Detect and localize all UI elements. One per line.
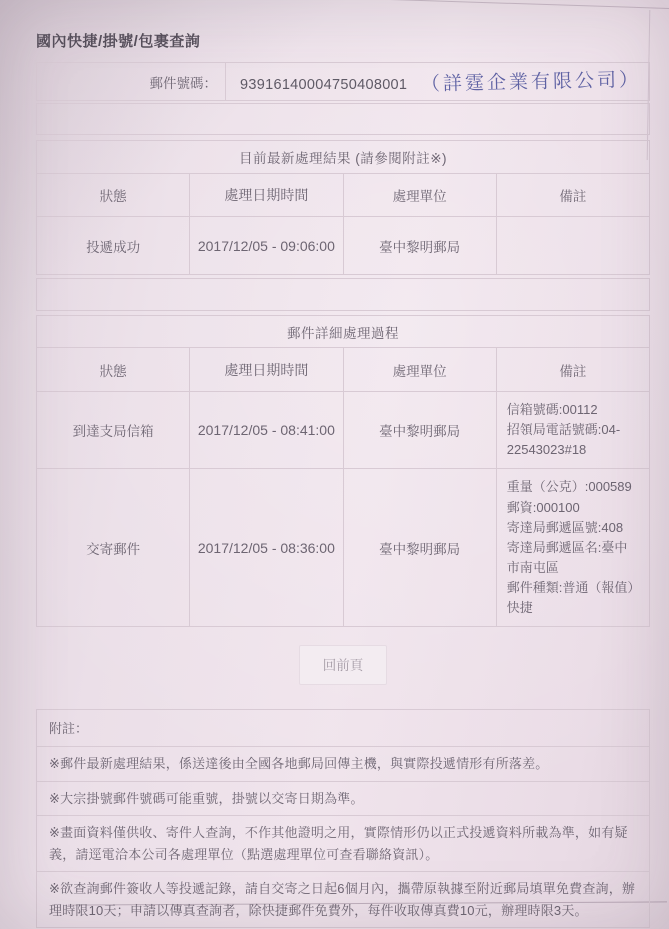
detail-process-row: 到達支局信箱 2017/12/05 - 08:41:00 臺中黎明郵局 信箱號碼… (37, 392, 650, 469)
datetime-cell: 2017/12/05 - 08:41:00 (190, 392, 343, 469)
detail-process-section-title: 郵件詳細處理過程 (37, 316, 650, 348)
note-item: ※畫面資料僅供收、寄件人查詢，不作其他證明之用，實際情形仍以正式投遞資料所載為準… (37, 816, 650, 872)
detail-process-column-headers: 狀態 處理日期時間 處理單位 備註 (37, 348, 650, 392)
latest-result-section-title: 目前最新處理結果 (請參閱附註※) (37, 141, 650, 174)
datetime-cell: 2017/12/05 - 08:36:00 (190, 469, 343, 627)
unit-cell[interactable]: 臺中黎明郵局 (343, 217, 496, 275)
status-cell: 交寄郵件 (37, 469, 190, 627)
column-header-status: 狀態 (37, 348, 190, 392)
mail-number-cell: 93916140004750408001 （詳霆企業有限公司） (226, 63, 650, 101)
notes-title-row: 附註： (37, 710, 650, 747)
datetime-cell: 2017/12/05 - 09:06:00 (190, 217, 343, 275)
tracking-result-page: 國內快捷/掛號/包裹查詢 郵件號碼： 93916140004750408001 … (36, 30, 650, 928)
detail-process-row: 交寄郵件 2017/12/05 - 08:36:00 臺中黎明郵局 重量（公克）… (37, 469, 650, 627)
note-item: ※欲查詢郵件簽收人等投遞記錄，請自交寄之日起6個月內，攜帶原執據至附近郵局填單免… (37, 872, 650, 928)
note-item: ※郵件最新處理結果，係送達後由全國各地郵局回傳主機，與實際投遞情形有所落差。 (37, 747, 650, 781)
remark-cell: 重量（公克）:000589 郵資:000100 寄達局郵遞區號:408 寄達局郵… (496, 469, 649, 627)
notes-title: 附註： (37, 710, 650, 747)
column-header-unit: 處理單位 (343, 174, 496, 217)
remark-cell: 信箱號碼:00112 招領局電話號碼:04-22543023#18 (496, 392, 649, 469)
back-button[interactable]: 回前頁 (299, 645, 387, 685)
spacer-row (36, 103, 650, 135)
remark-cell (496, 217, 649, 275)
mail-number-label: 郵件號碼： (37, 63, 226, 101)
column-header-unit: 處理單位 (343, 348, 496, 392)
note-item: ※大宗掛號郵件號碼可能重號，掛號以交寄日期為準。 (37, 781, 650, 815)
detail-process-section-header: 郵件詳細處理過程 (37, 316, 650, 348)
column-header-remark: 備註 (496, 348, 649, 392)
column-header-status: 狀態 (37, 174, 190, 217)
mail-number-row: 郵件號碼： 93916140004750408001 （詳霆企業有限公司） (37, 63, 650, 101)
handwritten-annotation: （詳霆企業有限公司） (421, 65, 642, 97)
detail-process-table: 郵件詳細處理過程 狀態 處理日期時間 處理單位 備註 到達支局信箱 2017/1… (36, 315, 650, 627)
note-row: ※郵件最新處理結果，係送達後由全國各地郵局回傳主機，與實際投遞情形有所落差。 (37, 747, 650, 781)
status-cell: 投遞成功 (37, 217, 190, 275)
mail-number-value: 93916140004750408001 (240, 77, 407, 93)
status-cell: 到達支局信箱 (37, 392, 190, 469)
column-header-remark: 備註 (496, 174, 649, 217)
unit-cell[interactable]: 臺中黎明郵局 (343, 469, 496, 627)
page-title: 國內快捷/掛號/包裹查詢 (36, 30, 650, 50)
latest-result-table: 目前最新處理結果 (請參閱附註※) 狀態 處理日期時間 處理單位 備註 投遞成功… (36, 140, 650, 275)
mail-number-table: 郵件號碼： 93916140004750408001 （詳霆企業有限公司） (36, 62, 650, 101)
column-header-datetime: 處理日期時間 (190, 174, 343, 217)
latest-result-section-header: 目前最新處理結果 (請參閱附註※) (37, 141, 650, 174)
paper-top-edge (58, 0, 669, 9)
column-header-datetime: 處理日期時間 (190, 348, 343, 392)
unit-cell[interactable]: 臺中黎明郵局 (343, 392, 496, 469)
notes-table: 附註： ※郵件最新處理結果，係送達後由全國各地郵局回傳主機，與實際投遞情形有所落… (36, 709, 650, 928)
latest-result-row: 投遞成功 2017/12/05 - 09:06:00 臺中黎明郵局 (37, 217, 650, 275)
spacer-row (36, 278, 650, 311)
note-row: ※大宗掛號郵件號碼可能重號，掛號以交寄日期為準。 (37, 781, 650, 815)
note-row: ※欲查詢郵件簽收人等投遞記錄，請自交寄之日起6個月內，攜帶原執據至附近郵局填單免… (37, 872, 650, 928)
latest-result-column-headers: 狀態 處理日期時間 處理單位 備註 (37, 174, 650, 217)
note-row: ※畫面資料僅供收、寄件人查詢，不作其他證明之用，實際情形仍以正式投遞資料所載為準… (37, 816, 650, 872)
button-bar: 回前頁 (36, 645, 650, 687)
